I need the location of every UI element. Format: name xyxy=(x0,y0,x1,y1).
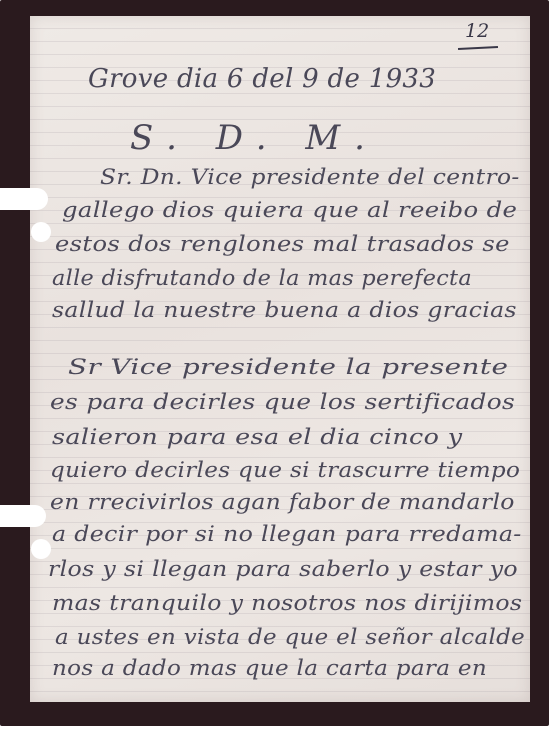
letter-line: salieron para esa el dia cinco y xyxy=(52,425,462,449)
letter-line: Sr Vice presidente la presente xyxy=(68,355,508,379)
salutation: S. D. M. xyxy=(130,118,379,158)
page-number: 12 xyxy=(465,20,489,42)
letter-line: nos a dado mas que la carta para en xyxy=(52,656,487,680)
letter-line: estos dos renglones mal trasados se xyxy=(55,232,510,256)
letter-line: sallud la nuestre buena a dios gracias xyxy=(52,298,517,322)
hole-punch-tab-upper xyxy=(0,188,48,210)
letter-line: quiero decirles que si trascurre tiempo xyxy=(50,458,520,482)
letter-line: alle disfrutando de la mas perefecta xyxy=(52,266,472,290)
hole-punch-tab-lower xyxy=(0,505,46,527)
letter-line: es para decirles que los sertificados xyxy=(50,390,515,414)
letter-line: Sr. Dn. Vice presidente del centro- xyxy=(100,165,520,189)
letter-line: a ustes en vista de que el señor alcalde xyxy=(55,625,525,649)
letter-line: rlos y si llegan para saberlo y estar yo xyxy=(48,557,518,581)
date-line: Grove dia 6 del 9 de 1933 xyxy=(88,64,436,94)
hole-punch-upper xyxy=(31,222,51,242)
letter-line: gallego dios quiera que al reeibo de xyxy=(62,198,517,222)
letter-line: a decir por si no llegan para rredama- xyxy=(52,522,522,546)
hole-punch-lower xyxy=(31,539,51,559)
letter-line: mas tranquilo y nosotros nos dirijimos xyxy=(52,591,522,615)
letter-line: en rrecivirlos agan fabor de mandarlo xyxy=(50,490,515,514)
